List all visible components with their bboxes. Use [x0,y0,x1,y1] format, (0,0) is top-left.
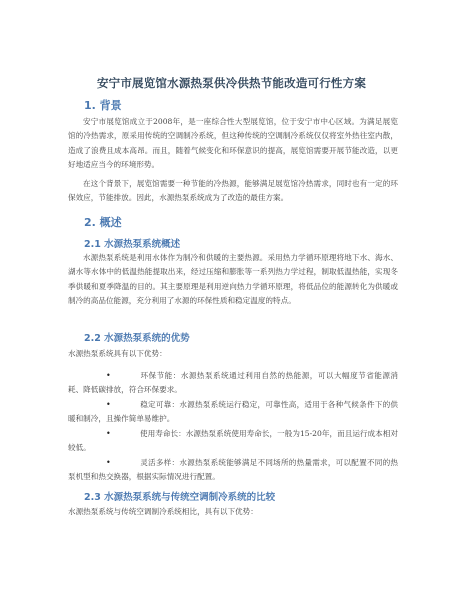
bullet-item: •稳定可靠：水源热泵系统运行稳定，可靠性高，适用于各种气候条件下的供暖和制冷，且… [68,398,398,427]
overview-paragraph: 水源热泵系统是利用水体作为制冷和供暖的主要热源。采用热力学循环原理将地下水、海水… [68,251,398,308]
subsection-heading-2-1: 2.1 水源热泵系统概述 [84,236,180,250]
section-heading-overview: 2. 概述 [84,214,122,230]
background-paragraph-2: 在这个背景下，展览馆需要一种节能的冷热源，能够满足展览馆冷热需求，同时也有一定的… [68,177,398,206]
background-paragraph-1: 安宁市展览馆成立于2008年，是一座综合性大型展览馆，位于安宁市中心区域。为满足… [68,115,398,172]
bullet-icon: • [68,427,140,441]
bullet-icon: • [68,456,140,470]
bullet-icon: • [68,398,140,412]
advantages-intro: 水源热泵系统具有以下优势： [68,347,378,361]
bullet-item: •灵活多样：水源热泵系统能够满足不同场所的热量需求，可以配置不同的热泵机型和热交… [68,456,398,485]
section-heading-background: 1. 背景 [84,97,122,113]
bullet-item: •使用寿命长：水源热泵系统使用寿命长，一般为15-20年，而且运行成本相对较低。 [68,427,398,456]
document-title: 安宁市展览馆水源热泵供冷供热节能改造可行性方案 [0,75,463,91]
subsection-heading-2-2: 2.2 水源热泵系统的优势 [84,330,190,344]
bullet-item: •环保节能：水源热泵系统通过利用自然的热能源，可以大幅度节省能源消耗、降低碳排放… [68,369,398,398]
bullet-icon: • [68,369,140,383]
subsection-heading-2-3: 2.3 水源热泵系统与传统空调制冷系统的比较 [84,489,275,503]
document-page: 安宁市展览馆水源热泵供冷供热节能改造可行性方案 1. 背景 安宁市展览馆成立于2… [0,0,463,600]
comparison-intro: 水源热泵系统与传统空调制冷系统相比，具有以下优势： [68,505,378,519]
